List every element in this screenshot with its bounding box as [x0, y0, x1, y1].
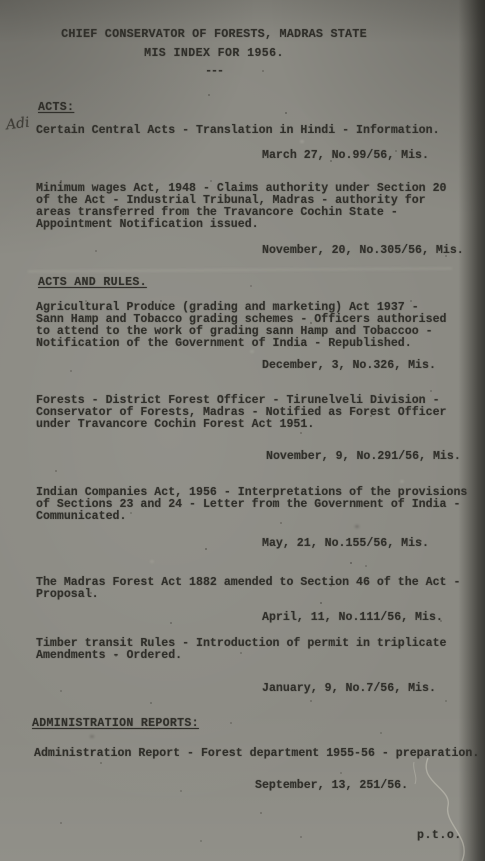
entry-date: September, 13, 251/56.: [255, 780, 485, 792]
entry-date: November, 20, No.305/56, Mis.: [262, 245, 485, 257]
entry-text: The Madras Forest Act 1882 amended to Se…: [36, 577, 485, 601]
section-heading-acts: ACTS:: [38, 102, 485, 114]
title-divider: ---: [36, 66, 392, 78]
document-subtitle: MIS INDEX FOR 1956.: [36, 47, 392, 61]
entry-text: Minimum wages Act, 1948 - Claims authori…: [36, 183, 485, 231]
entry-text: Agricultural Produce (grading and market…: [36, 302, 485, 350]
entry-date: November, 9, No.291/56, Mis.: [266, 451, 485, 463]
entry-date: January, 9, No.7/56, Mis.: [262, 683, 485, 695]
document-content: CHIEF CONSERVATOR OF FORESTS, MADRAS STA…: [0, 0, 485, 792]
entry-text: Forests - District Forest Officer - Tiru…: [36, 395, 485, 431]
scanned-document-page: Adi CHIEF CONSERVATOR OF FORESTS, MADRAS…: [0, 0, 485, 861]
entry-text: Timber transit Rules - Introduction of p…: [36, 638, 485, 662]
entry-date: April, 11, No.111/56, Mis.: [262, 612, 485, 624]
section-heading-administration-reports: ADMINISTRATION REPORTS:: [32, 718, 485, 730]
document-header: CHIEF CONSERVATOR OF FORESTS, MADRAS STA…: [36, 27, 392, 78]
entry-text: Indian Companies Act, 1956 - Interpretat…: [36, 487, 485, 523]
entry-date: May, 21, No.155/56, Mis.: [262, 538, 485, 550]
entry-text: Administration Report - Forest departmen…: [34, 748, 485, 760]
section-heading-acts-and-rules: ACTS AND RULES.: [38, 277, 485, 289]
entry-date: March 27, No.99/56, Mis.: [262, 150, 485, 162]
page-turn-over-label: p.t.o.: [417, 829, 462, 842]
entry-text: Certain Central Acts - Translation in Hi…: [36, 125, 485, 137]
entry-date: December, 3, No.326, Mis.: [262, 360, 485, 372]
document-title: CHIEF CONSERVATOR OF FORESTS, MADRAS STA…: [36, 27, 392, 41]
